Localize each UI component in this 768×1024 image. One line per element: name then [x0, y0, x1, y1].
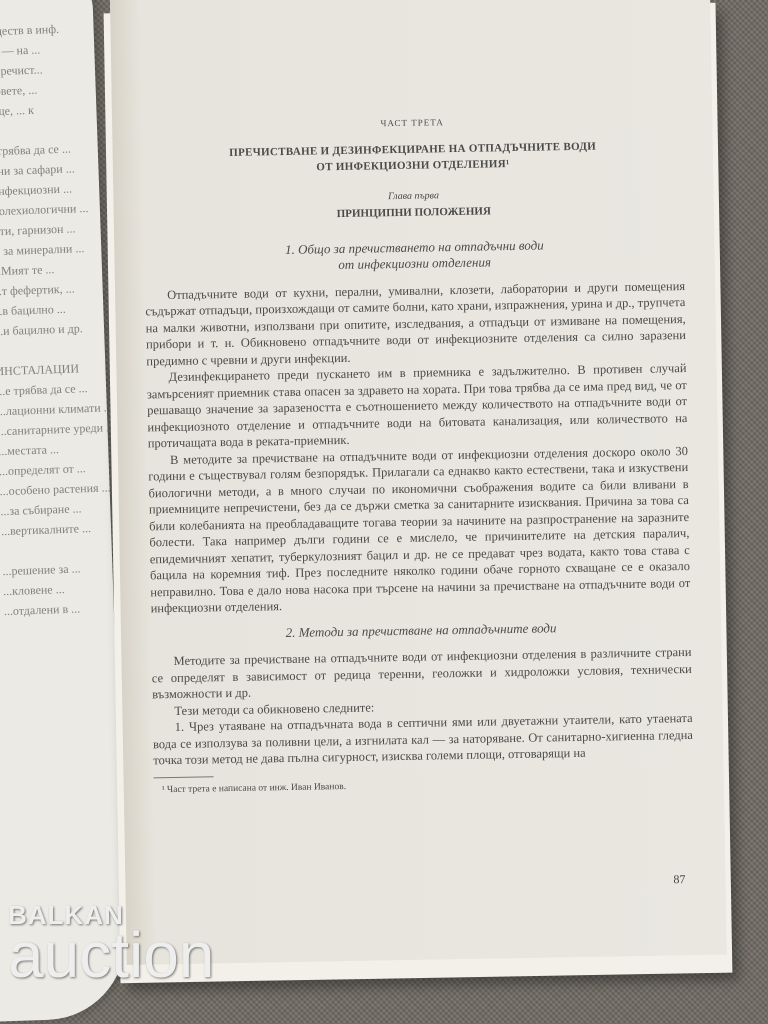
- page-number: 87: [673, 872, 685, 887]
- footnote: ¹ Част трета е написана от инж. Иван Ива…: [154, 772, 694, 798]
- paragraph: В методите за пречистване на отпадъчните…: [148, 442, 691, 616]
- right-page: ЧАСТ ТРЕТА ПРЕЧИСТВАНЕ И ДЕЗИНФЕКЦИРАНЕ …: [110, 0, 727, 965]
- left-page-text: ...ществ в инф....т — на ......пречист..…: [0, 18, 114, 621]
- paragraph: Отпадъчните води от кухни, перални, умив…: [145, 278, 686, 370]
- section-1-heading: 1. Общо за пречистването на отпадъчни во…: [144, 235, 684, 277]
- left-page-line: ...особено растения ...: [0, 477, 110, 501]
- section-2-heading: 2. Методи за пречистване на отпадъчните …: [151, 617, 691, 643]
- left-page-line: ...санитарните уреди ...: [0, 417, 108, 441]
- page-content: ЧАСТ ТРЕТА ПРЕЧИСТВАНЕ И ДЕЗИНФЕКЦИРАНЕ …: [142, 110, 694, 798]
- watermark-logo: BALKAN auction: [8, 900, 214, 983]
- paragraph: Дезинфекцирането преди пускането им в пр…: [146, 360, 687, 452]
- part-label: ЧАСТ ТРЕТА: [142, 110, 682, 136]
- paragraph: 1. Чрез утаяване на отпадъчната вода в с…: [153, 710, 694, 769]
- watermark-line2: auction: [8, 927, 214, 983]
- left-page-line: ...отдалени в ...: [4, 597, 115, 621]
- left-page-line: ...олехиологични ...: [0, 198, 100, 222]
- footnote-divider: [154, 776, 214, 778]
